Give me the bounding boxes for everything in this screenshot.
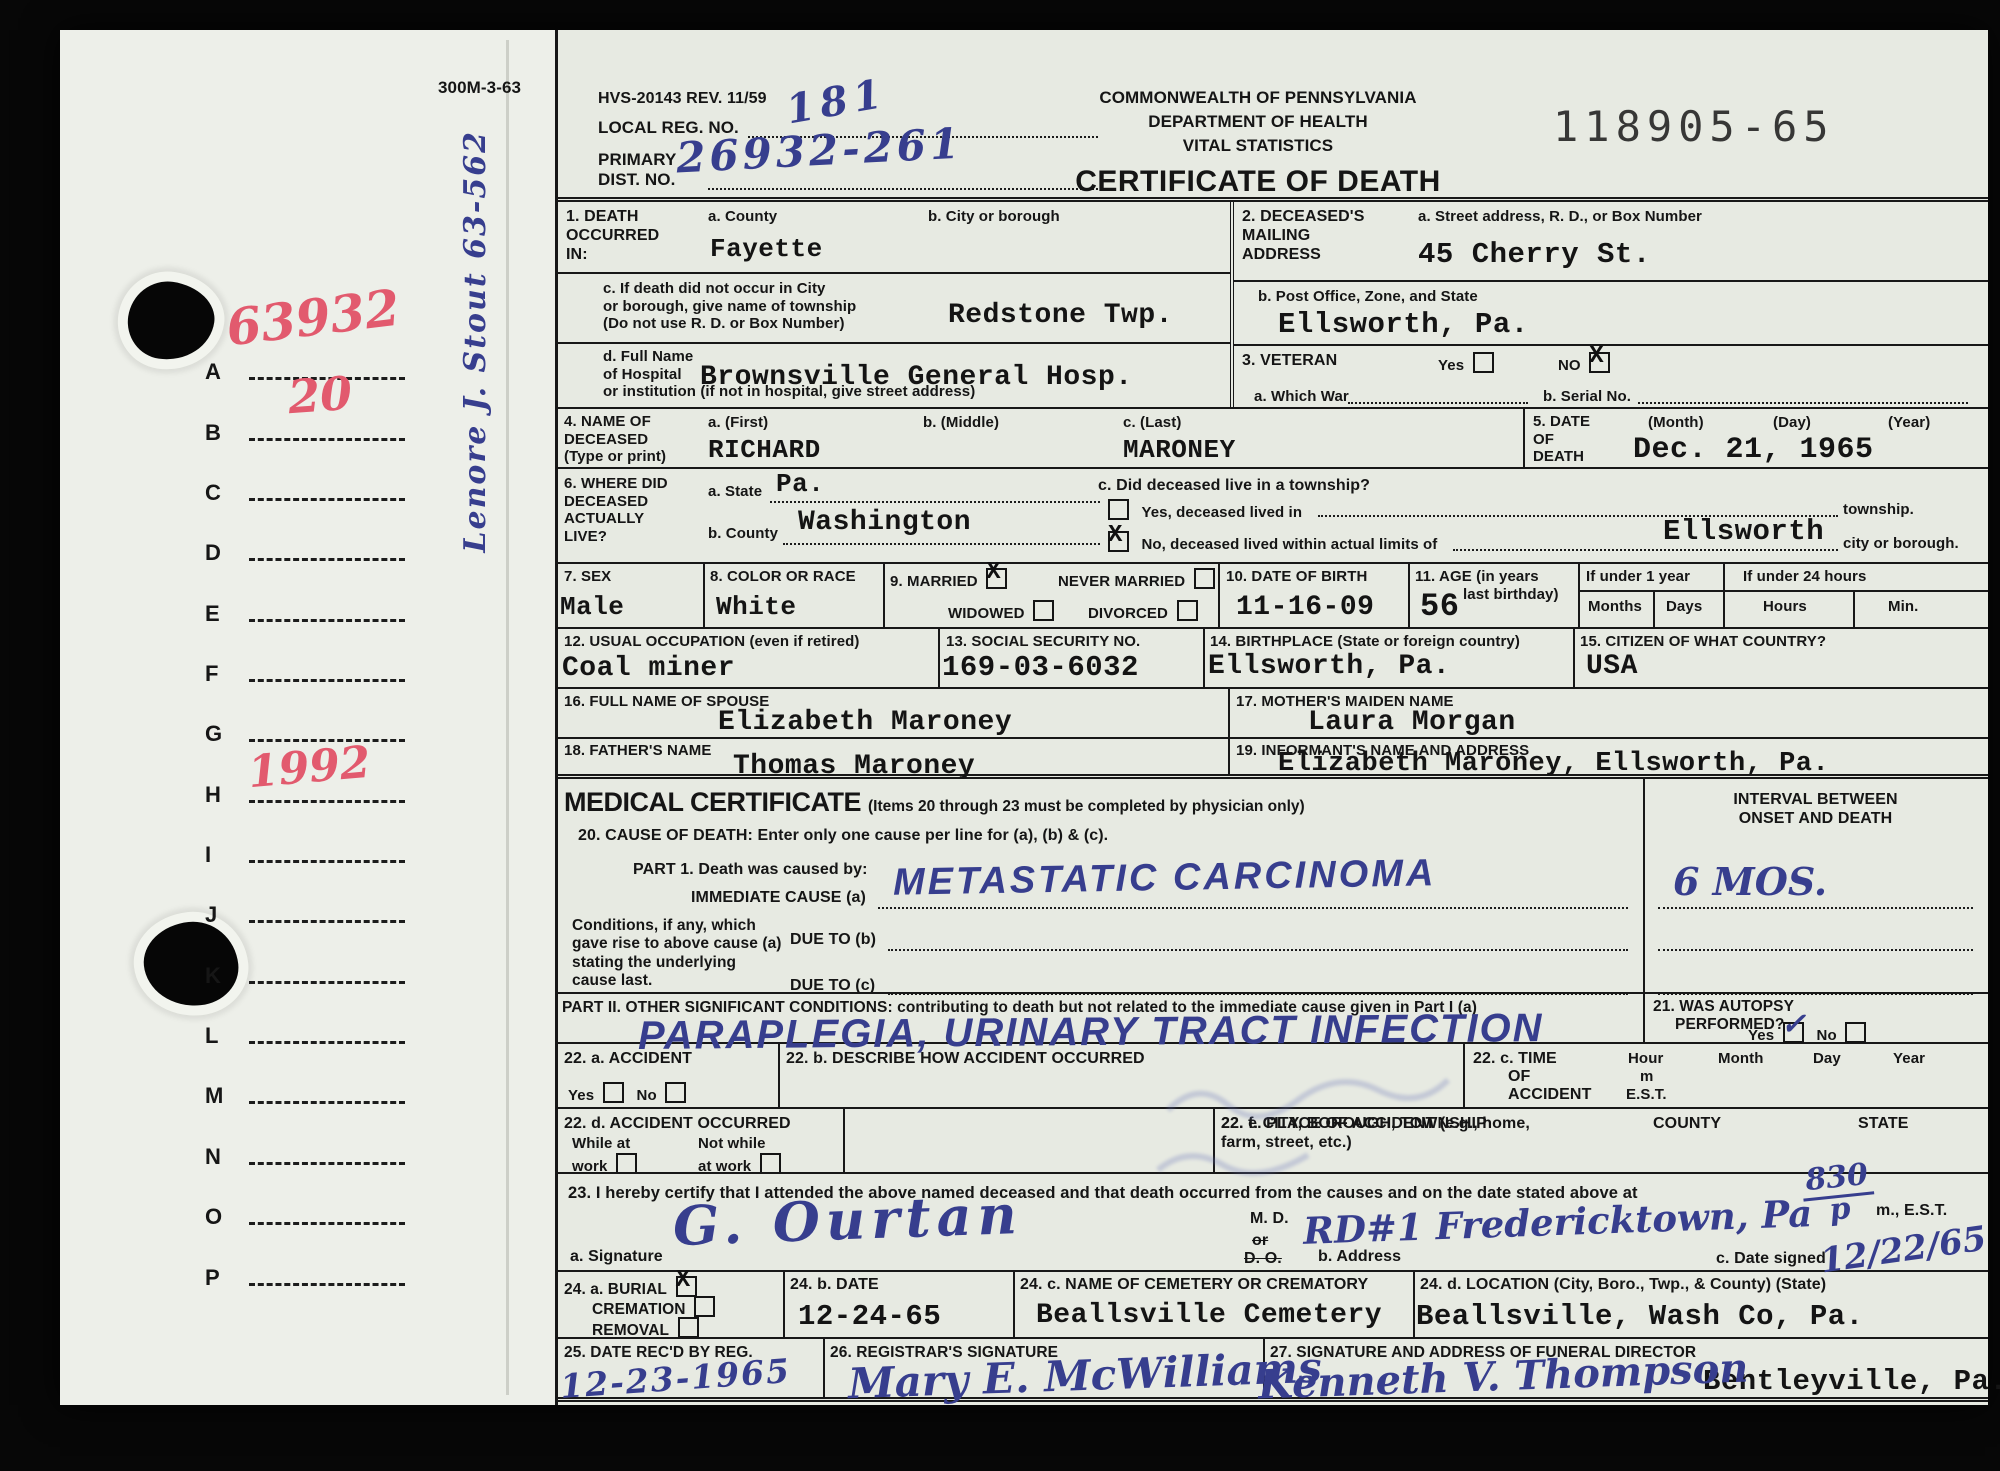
physician-signature: G. Ourtan [672, 1182, 1024, 1258]
s9-never: NEVER MARRIED [1058, 568, 1215, 591]
index-letter: K [205, 963, 249, 989]
s22f-state: STATE [1858, 1115, 1909, 1134]
index-line [249, 860, 405, 863]
s1a-label: a. County [708, 208, 777, 226]
index-line [249, 679, 405, 682]
s14-value: Ellsworth, Pa. [1208, 651, 1450, 682]
u24-title: If under 24 hours [1743, 568, 1866, 586]
divider [1234, 280, 1988, 282]
index-letter: P [205, 1265, 249, 1291]
vertical-clerk-note: Lenore J. Stout 63-562 [458, 130, 502, 810]
ink-bleed-artifact [1148, 1050, 1468, 1200]
index-row: F [205, 627, 405, 687]
divider [1573, 629, 1575, 687]
widowed-checkbox [1033, 600, 1054, 621]
index-line [249, 619, 405, 622]
row-name-of-deceased: 4. NAME OF DECEASED (Type or print) a. (… [558, 407, 1988, 467]
s7-title: 7. SEX [564, 568, 611, 586]
township-no-checkbox: X [1108, 531, 1129, 552]
divider [1218, 564, 1220, 627]
married-checkbox: X [986, 568, 1007, 589]
divider [1408, 564, 1410, 627]
divorced-checkbox [1177, 600, 1198, 621]
s4-first-value: RICHARD [708, 435, 821, 465]
s22c-m: m [1640, 1068, 1653, 1086]
s6-no-line [1453, 549, 1838, 551]
index-row: J [205, 868, 405, 928]
u1-days: Days [1666, 598, 1702, 616]
s13-value: 169-03-6032 [942, 651, 1139, 684]
s23-md: M. D. [1250, 1210, 1289, 1229]
index-line [249, 1041, 405, 1044]
s5-year-label: (Year) [1888, 414, 1930, 432]
s24d-title: 24. d. LOCATION (City, Boro., Twp., & Co… [1420, 1276, 1826, 1295]
divider [558, 272, 1230, 274]
s9-widowed: WIDOWED [948, 600, 1054, 623]
s5-value: Dec. 21, 1965 [1633, 433, 1874, 467]
s23-or: or [1252, 1232, 1268, 1251]
cremation-checkbox [694, 1296, 715, 1317]
s13-title: 13. SOCIAL SECURITY NO. [946, 633, 1140, 651]
divider [1578, 590, 1723, 592]
index-line [249, 920, 405, 923]
accident-yes-checkbox [603, 1082, 624, 1103]
divider [1853, 590, 1855, 627]
s6-county-line [783, 543, 1100, 545]
s22a-answers: Yes No [568, 1082, 686, 1105]
s4-title: 4. NAME OF DECEASED (Type or print) [564, 413, 666, 466]
index-letter: G [205, 721, 249, 747]
s2-title: 2. DECEASED'S MAILING ADDRESS [1242, 208, 1364, 265]
index-line [249, 1162, 405, 1165]
s1-title: 1. DEATH OCCURRED IN: [566, 208, 659, 265]
divider [883, 564, 885, 627]
s20-immediate-label: IMMEDIATE CAUSE (a) [691, 889, 866, 908]
s17-value: Laura Morgan [1308, 707, 1516, 738]
s22c-month: Month [1718, 1050, 1763, 1068]
s3-no: NO X [1558, 352, 1610, 375]
index-letter: B [205, 420, 249, 446]
index-row: L [205, 989, 405, 1049]
s12-value: Coal miner [562, 653, 735, 684]
autopsy-no-checkbox [1845, 1022, 1866, 1043]
divider [823, 1339, 825, 1397]
index-row: O [205, 1170, 405, 1230]
s24b-title: 24. b. DATE [790, 1276, 879, 1295]
s2a-value: 45 Cherry St. [1418, 238, 1651, 271]
s24d-value: Beallsville, Wash Co, Pa. [1416, 1300, 1864, 1333]
divider [703, 564, 705, 627]
s24b-value: 12-24-65 [798, 1300, 941, 1333]
row-death-occurred: 1. DEATH OCCURRED IN: a. County b. City … [558, 197, 1988, 407]
divider [1228, 689, 1230, 737]
s22d-title: 22. d. ACCIDENT OCCURRED [564, 1115, 791, 1134]
s20b-line [888, 949, 1628, 951]
s9-married: 9. MARRIED X [890, 568, 1007, 591]
s22c-title-3: ACCIDENT [1508, 1086, 1591, 1105]
red-filing-number-2: 20 [286, 366, 354, 424]
s6-title: 6. WHERE DID DECEASED ACTUALLY LIVE? [564, 475, 668, 546]
s20a-value: METASTATIC CARCINOMA [893, 852, 1437, 904]
s22c-title-1: 22. c. TIME [1473, 1050, 1557, 1069]
s20b-interval-line [1658, 949, 1973, 951]
divider [1578, 564, 1580, 627]
while-at-work-checkbox [616, 1153, 637, 1174]
index-row: K [205, 928, 405, 988]
s22d-while: While at work [572, 1135, 637, 1175]
row-spouse-mother: 16. FULL NAME OF SPOUSE Elizabeth Marone… [558, 687, 1988, 737]
index-line [249, 498, 405, 501]
index-letter: H [205, 782, 249, 808]
index-line [249, 1101, 405, 1104]
s1b-label: b. City or borough [928, 208, 1060, 226]
s15-title: 15. CITIZEN OF WHAT COUNTRY? [1580, 633, 1826, 651]
index-letter: L [205, 1023, 249, 1049]
s22c-est: E.S.T. [1626, 1086, 1667, 1104]
divider [1413, 1272, 1415, 1337]
form-code: HVS-20143 REV. 11/59 [598, 90, 767, 109]
s1c-value: Redstone Twp. [948, 300, 1173, 331]
s20-due-b-label: DUE TO (b) [790, 931, 876, 950]
s4-last-value: MARONEY [1123, 435, 1236, 465]
index-line [249, 558, 405, 561]
u1-months: Months [1588, 598, 1642, 616]
index-letter: C [205, 480, 249, 506]
s22f-county: COUNTY [1653, 1115, 1721, 1134]
s2b-value: Ellsworth, Pa. [1278, 308, 1529, 341]
burial-checkbox: X [676, 1276, 697, 1297]
divider [938, 629, 940, 687]
s8-title: 8. COLOR OR RACE [710, 568, 856, 586]
index-letter: O [205, 1204, 249, 1230]
s3-war-label: a. Which War [1254, 388, 1349, 406]
s1c-label: c. If death did not occur in City or bor… [603, 280, 856, 333]
divider [783, 1272, 785, 1337]
header-center: COMMONWEALTH OF PENNSYLVANIA DEPARTMENT … [1008, 88, 1508, 200]
divider [1228, 739, 1230, 774]
divider [1013, 1272, 1015, 1337]
s1d-value: Brownsville General Hosp. [700, 362, 1133, 393]
index-letter: M [205, 1083, 249, 1109]
medical-certificate-title: MEDICAL CERTIFICATE (Items 20 through 23… [564, 787, 1305, 819]
s6-state-line [770, 501, 1100, 503]
s3-yes: Yes [1438, 352, 1494, 375]
s14-title: 14. BIRTHPLACE (State or foreign country… [1210, 633, 1520, 651]
index-line [249, 1283, 405, 1286]
s6c-label: c. Did deceased live in a township? [1098, 477, 1370, 496]
u24-hours: Hours [1763, 598, 1807, 616]
s7-value: Male [560, 592, 624, 622]
u1-title: If under 1 year [1586, 568, 1690, 586]
index-row: N [205, 1109, 405, 1169]
divider [1203, 629, 1205, 687]
s22c-title-2: OF [1508, 1068, 1530, 1087]
s11-title-2: last birthday) [1463, 586, 1559, 604]
never-married-checkbox [1194, 568, 1215, 589]
index-letter: D [205, 540, 249, 566]
s24-cremation: CREMATION [592, 1296, 715, 1319]
s18-title: 18. FATHER'S NAME [564, 742, 712, 760]
s19-value: Elizabeth Maroney, Ellsworth, Pa. [1278, 749, 1829, 779]
autopsy-yes-checkbox: ✓ [1783, 1022, 1804, 1043]
s20-title: 20. CAUSE OF DEATH: Enter only one cause… [578, 827, 1108, 846]
s11-value: 56 [1420, 588, 1459, 625]
s5-title: 5. DATE OF DEATH [1533, 413, 1590, 466]
divider [1653, 590, 1655, 627]
certificate-number-stamp: 118905-65 [1553, 102, 1835, 151]
township-yes-checkbox [1108, 499, 1129, 520]
s16-value: Elizabeth Maroney [718, 707, 1012, 738]
divider [843, 1109, 845, 1172]
medical-certificate-subtitle: (Items 20 through 23 must be completed b… [868, 798, 1305, 815]
index-letter: F [205, 661, 249, 687]
row-residence: 6. WHERE DID DECEASED ACTUALLY LIVE? a. … [558, 467, 1988, 562]
veteran-yes-checkbox [1473, 352, 1494, 373]
divider [1723, 590, 1988, 592]
fold-crease [506, 40, 509, 1395]
s20a-interval-value: 6 MOS. [1673, 859, 1827, 904]
index-row: I [205, 808, 405, 868]
divider [1643, 994, 1645, 1042]
divider [1230, 202, 1234, 407]
index-line [249, 438, 405, 441]
s6-city-label: city or borough. [1843, 535, 1959, 553]
index-row: D [205, 506, 405, 566]
row-registrar: 25. DATE REC'D BY REG. 12-23-1965 26. RE… [558, 1337, 1988, 1402]
divider [1523, 409, 1525, 467]
s6-township-label: township. [1843, 501, 1914, 519]
divider [1234, 344, 1988, 346]
part2-value: PARAPLEGIA, URINARY TRACT INFECTION [638, 1006, 1544, 1059]
index-letter-column: A B C D E F G H I J K L M N O P [205, 325, 405, 1291]
s20a-interval-line [1658, 907, 1973, 909]
s18-value: Thomas Maroney [733, 751, 975, 782]
s6-county-label: b. County [708, 525, 778, 543]
s20-part1: PART 1. Death was caused by: [633, 861, 868, 880]
s3-title: 3. VETERAN [1242, 352, 1337, 371]
scanned-death-certificate: { "stamps": { "print_code": "300M-3-63",… [0, 0, 2000, 1471]
s6-state-value: Pa. [776, 469, 824, 499]
s23-do: D. O. [1244, 1250, 1282, 1269]
s6-no-value: Ellsworth [1663, 515, 1824, 548]
s15-value: USA [1586, 651, 1638, 682]
index-row: E [205, 566, 405, 626]
red-filing-number-3: 1992 [246, 737, 372, 798]
index-line [249, 981, 405, 984]
s3-serial-line [1638, 402, 1968, 404]
certificate-paper: 300M-3-63 A B C D E F G H I J K L M N O … [60, 30, 1985, 1405]
s22c-day: Day [1813, 1050, 1841, 1068]
header-department: DEPARTMENT OF HEALTH [1008, 112, 1508, 132]
u24-min: Min. [1888, 598, 1918, 616]
accident-no-checkbox [665, 1082, 686, 1103]
index-row: C [205, 446, 405, 506]
header-bureau: VITAL STATISTICS [1008, 136, 1508, 156]
s2b-label: b. Post Office, Zone, and State [1258, 288, 1478, 306]
row-sex-race-marital: 7. SEX Male 8. COLOR OR RACE White 9. MA… [558, 562, 1988, 627]
index-letter: N [205, 1144, 249, 1170]
s4-last-label: c. (Last) [1123, 414, 1181, 432]
s22c-hour: Hour [1628, 1050, 1663, 1068]
index-row: P [205, 1230, 405, 1290]
index-row: G [205, 687, 405, 747]
index-letter: J [205, 902, 249, 928]
s3-war-line [1348, 402, 1528, 404]
s23-time-suffix: m., E.S.T. [1876, 1202, 1947, 1221]
s12-title: 12. USUAL OCCUPATION (even if retired) [564, 633, 860, 651]
s20-conditions-label: Conditions, if any, which gave rise to a… [572, 917, 782, 990]
s4-middle-label: b. (Middle) [923, 414, 999, 432]
s23-sig-label: a. Signature [570, 1248, 663, 1267]
s22c-year: Year [1893, 1050, 1925, 1068]
not-while-at-work-checkbox [760, 1153, 781, 1174]
certificate-form: HVS-20143 REV. 11/59 LOCAL REG. NO. 181 … [555, 30, 1988, 1405]
s3-serial-label: b. Serial No. [1543, 388, 1631, 406]
divider [558, 342, 1230, 344]
divider [1723, 564, 1725, 627]
s22d-not: Not while at work [698, 1135, 781, 1175]
s6-yes-row: Yes, deceased lived in [1108, 499, 1302, 522]
removal-checkbox [678, 1317, 699, 1338]
row-burial: 24. a. BURIAL X CREMATION REMOVAL 24. b.… [558, 1270, 1988, 1337]
row-occupation: 12. USUAL OCCUPATION (even if retired) C… [558, 627, 1988, 687]
s8-value: White [716, 592, 797, 622]
s4-first-label: a. (First) [708, 414, 768, 432]
s11-title-1: 11. AGE (in years [1415, 568, 1539, 586]
s24c-title: 24. c. NAME OF CEMETERY OR CREMATORY [1020, 1276, 1368, 1295]
s9-divorced: DIVORCED [1088, 600, 1198, 623]
s1a-value: Fayette [710, 234, 823, 264]
s5-month-label: (Month) [1648, 414, 1704, 432]
s21-answers: Yes ✓ No [1748, 1022, 1866, 1045]
index-letter: I [205, 842, 249, 868]
s2a-label: a. Street address, R. D., or Box Number [1418, 208, 1702, 226]
header-commonwealth: COMMONWEALTH OF PENNSYLVANIA [1008, 88, 1508, 108]
medical-certificate-block: MEDICAL CERTIFICATE (Items 20 through 23… [558, 774, 1988, 992]
s24c-value: Beallsville Cemetery [1036, 1300, 1382, 1331]
s6-no-row: X No, deceased lived within actual limit… [1108, 531, 1437, 554]
s20a-line [878, 907, 1628, 909]
index-row: M [205, 1049, 405, 1109]
s10-title: 10. DATE OF BIRTH [1226, 568, 1367, 586]
filing-stub: 300M-3-63 A B C D E F G H I J K L M N O … [60, 30, 555, 1405]
s23-date-label: c. Date signed [1716, 1250, 1826, 1269]
s10-value: 11-16-09 [1236, 592, 1374, 623]
certificate-title: CERTIFICATE OF DEATH [1008, 164, 1508, 199]
veteran-no-checkbox: X [1589, 352, 1610, 373]
primary-dist-label: PRIMARY DIST. NO. [598, 150, 676, 190]
s5-day-label: (Day) [1773, 414, 1811, 432]
index-line [249, 1222, 405, 1225]
row-part2-conditions: PART II. OTHER SIGNIFICANT CONDITIONS: c… [558, 992, 1988, 1042]
interval-header: INTERVAL BETWEEN ONSET AND DEATH [1643, 791, 1988, 829]
s6-county-value: Washington [798, 507, 971, 538]
index-letter: E [205, 601, 249, 627]
s6-state-label: a. State [708, 483, 762, 501]
row-father-informant: 18. FATHER'S NAME Thomas Maroney 19. INF… [558, 737, 1988, 774]
index-line [249, 800, 405, 803]
index-letter: A [205, 359, 249, 385]
